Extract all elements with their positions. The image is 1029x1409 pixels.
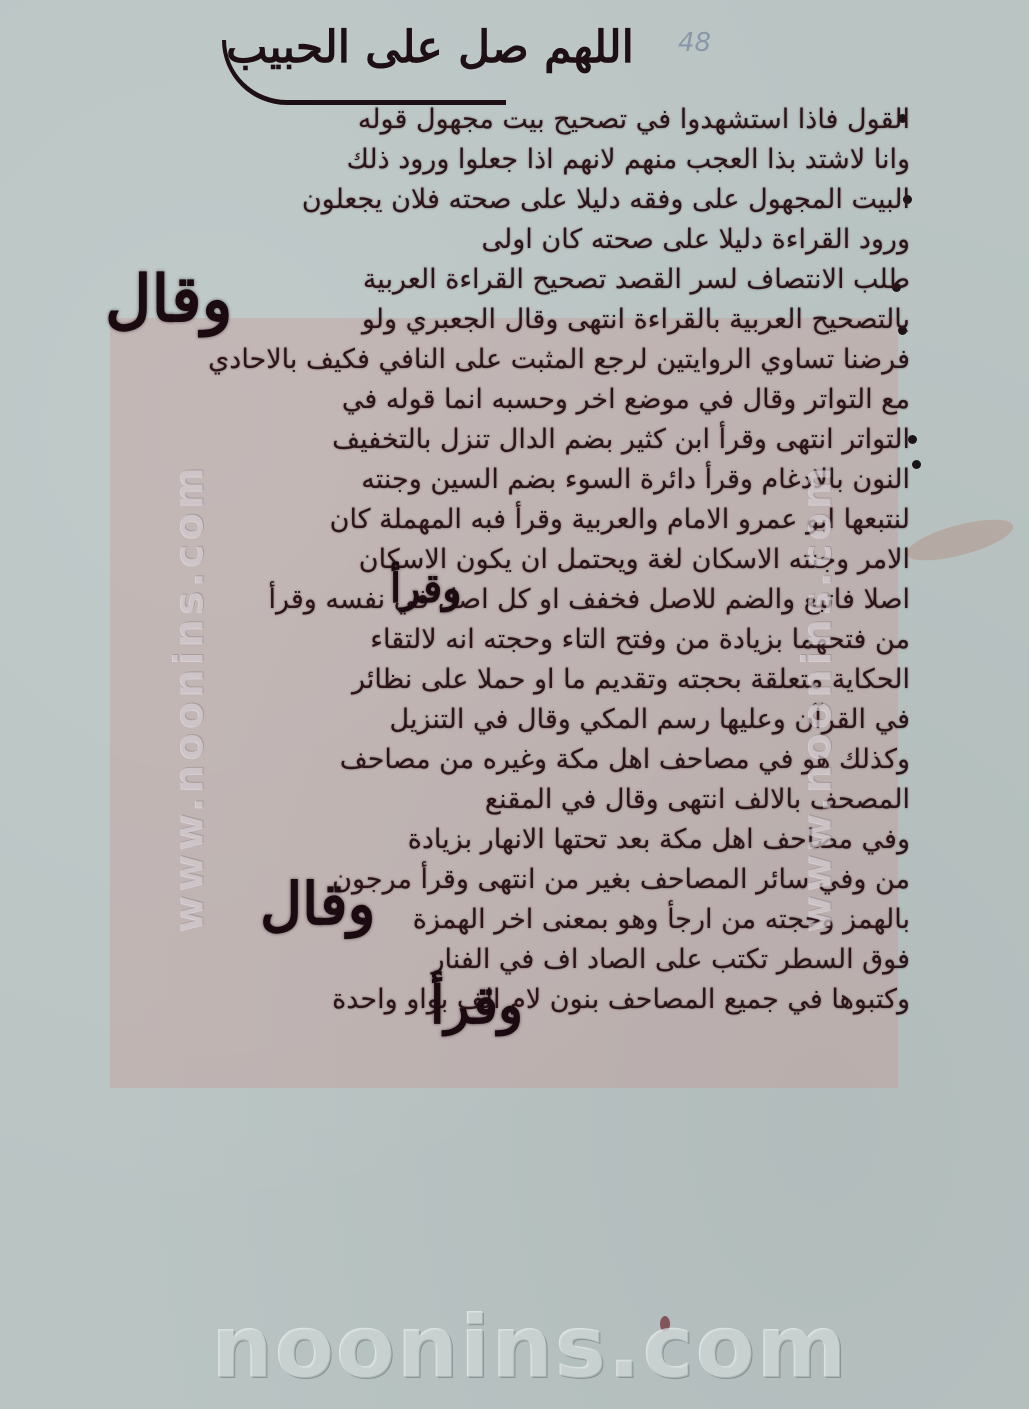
text-line: الامر وجنته الاسكان لغة ويحتمل ان يكون ا… [95, 540, 910, 580]
text-line: لنتبعها ابو عمرو الامام والعربية وقرأ فب… [95, 500, 910, 540]
text-line: النون بالادغام وقرأ دائرة السوء بضم السي… [95, 460, 910, 500]
rubric-word: وقال [260, 870, 376, 938]
text-line: في القرآن وعليها رسم المكي وقال في التنز… [95, 700, 910, 740]
text-line: القول فاذا استشهدوا في تصحيح بيت مجهول ق… [95, 100, 910, 140]
text-line: فوق السطر تكتب على الصاد اف في الفنار [95, 940, 910, 980]
rubric-word: وقرأ [430, 975, 523, 1036]
text-line: اصلا فاتبع والضم للاصل فخفف او كل اصل في… [95, 580, 910, 620]
text-line: الحكاية متعلقة بحجته وتقديم ما او حملا ع… [95, 660, 910, 700]
watermark-right: www.noonins.com [798, 318, 838, 1078]
text-line: من وفي سائر المصاحف بغير من انتهى وقرأ م… [95, 860, 910, 900]
text-line: ورود القراءة دليلا على صحته كان اولى [95, 220, 910, 260]
ink-stain [903, 511, 1017, 568]
watermark-right-text: www.noonins.com [795, 463, 841, 932]
text-line: المصحف بالالف انتهى وقال في المقنع [95, 780, 910, 820]
text-line: وكذلك هو في مصاحف اهل مكة وغيره من مصاحف [95, 740, 910, 780]
text-line: وانا لاشتد بذا العجب منهم لانهم اذا جعلو… [95, 140, 910, 180]
text-line: بالهمز وحجته من ارجأ وهو بمعنى اخر الهمز… [95, 900, 910, 940]
folio-number: 48 [678, 28, 711, 58]
watermark-left-text: www.noonins.com [167, 463, 213, 932]
text-line: وفي مصاحف اهل مكة بعد تحتها الانهار بزيا… [95, 820, 910, 860]
manuscript-text: القول فاذا استشهدوا في تصحيح بيت مجهول ق… [95, 100, 910, 1020]
manuscript-page: اللهم صل على الحبيب 48 القول فاذا استشهد… [0, 0, 1029, 1409]
text-line: البيت المجهول على وفقه دليلا على صحته فل… [95, 180, 910, 220]
text-line: فرضنا تساوي الروايتين لرجع المثبت على ال… [95, 340, 910, 380]
text-line: من فتحهما بزيادة من وفتح التاء وحجته انه… [95, 620, 910, 660]
watermark-bottom: noonins.com [212, 1298, 832, 1398]
margin-bullet [912, 460, 921, 469]
watermark-left: www.noonins.com [170, 318, 210, 1078]
text-line: التواتر انتهى وقرأ ابن كثير بضم الدال تن… [95, 420, 910, 460]
rubric-word: وقرأ [390, 565, 462, 612]
page-heading: اللهم صل على الحبيب [225, 8, 635, 88]
text-line: مع التواتر وقال في موضع اخر وحسبه انما ق… [95, 380, 910, 420]
rubric-word: وقال [105, 262, 233, 337]
